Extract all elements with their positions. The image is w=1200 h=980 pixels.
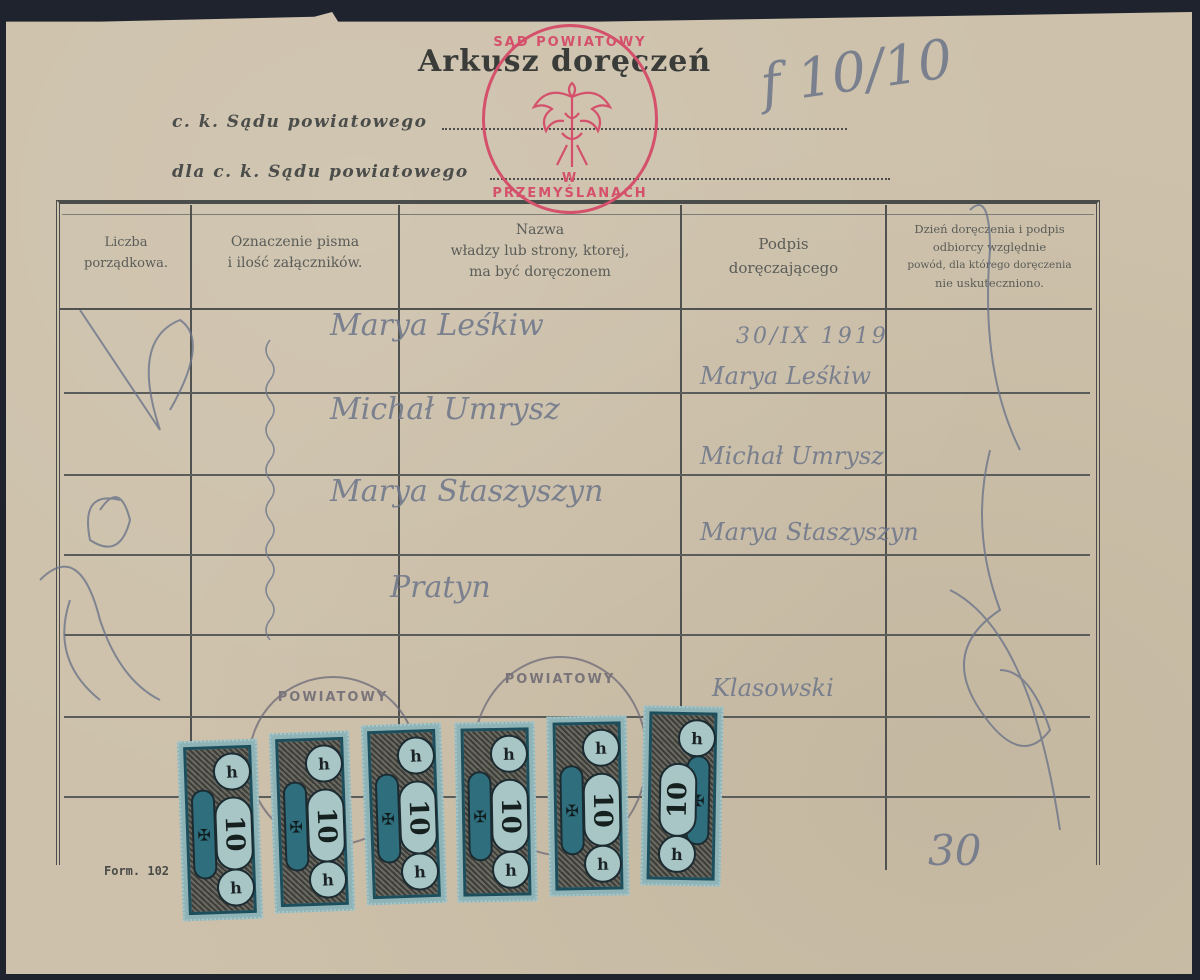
revenue-stamp: h ✠ 10 h bbox=[640, 705, 723, 886]
stamp-value: 10 bbox=[495, 797, 526, 834]
header-recipient-line2: władzy lub strony, ktorej, bbox=[400, 241, 680, 262]
for-court-line-label: dla c. k. Sądu powiatowego bbox=[172, 162, 469, 182]
header-courier-line1: Podpis bbox=[682, 232, 885, 256]
eagle-icon: ✠ bbox=[375, 773, 402, 864]
header-recipient-line1: Nazwa bbox=[400, 220, 680, 241]
handwritten-signature-1: Marya Leśkiw bbox=[700, 362, 871, 390]
eagle-icon: ✠ bbox=[283, 781, 310, 872]
handwritten-signature-4: Klasowski bbox=[712, 674, 834, 702]
header-ordinal-line2: porządkowa. bbox=[64, 253, 188, 274]
form-number: Form. 102 bbox=[104, 864, 169, 878]
stamp-unit: h bbox=[492, 850, 531, 889]
stamp-unit: h bbox=[400, 852, 439, 891]
handwritten-name-3: Marya Staszyszyn bbox=[330, 474, 603, 509]
handwritten-date: 30/IX 1919 bbox=[736, 324, 889, 349]
seal-bottom-text: W PRZEMYŚLANACH bbox=[485, 171, 655, 201]
stamp-value: 10 bbox=[219, 815, 250, 852]
court-seal-stamp: SĄD POWIATOWY W PRZEMYŚLANACH bbox=[482, 24, 658, 214]
vertical-note-scrawl bbox=[250, 330, 290, 690]
revenue-stamp: h ✠ 10 h bbox=[454, 721, 537, 902]
stamp-unit: h bbox=[212, 752, 251, 791]
eagle-icon: ✠ bbox=[559, 765, 585, 855]
header-document-line1: Oznaczenie pisma bbox=[192, 232, 398, 253]
signature-scrawl-left bbox=[30, 300, 230, 720]
header-ordinal-line1: Liczba bbox=[64, 232, 188, 253]
header-ordinal: Liczba porządkowa. bbox=[64, 232, 188, 274]
header-document-mark: Oznaczenie pisma i ilość załączników. bbox=[192, 232, 398, 274]
header-courier-signature: Podpis doręczającego bbox=[682, 232, 885, 280]
cancel-stamp-1-text: POWIATOWY bbox=[250, 690, 416, 705]
handwritten-signature-2: Michał Umrysz bbox=[700, 442, 884, 470]
stamp-value: 10 bbox=[311, 807, 342, 844]
handwritten-signature-3: Marya Staszyszyn bbox=[700, 518, 919, 546]
stamp-value: 10 bbox=[587, 791, 618, 828]
header-recipient-name: Nazwa władzy lub strony, ktorej, ma być … bbox=[400, 220, 680, 283]
stamp-unit: h bbox=[678, 719, 717, 758]
handwritten-name-4: Pratyn bbox=[390, 570, 491, 605]
stamp-unit: h bbox=[490, 734, 529, 773]
handwritten-name-2: Michał Umrysz bbox=[330, 392, 560, 427]
revenue-stamp: h ✠ 10 h bbox=[177, 739, 263, 922]
stamp-unit: h bbox=[304, 744, 343, 783]
court-line-label: c. k. Sądu powiatowego bbox=[172, 112, 427, 132]
stamp-unit: h bbox=[582, 728, 621, 767]
stamp-unit: h bbox=[396, 736, 435, 775]
header-courier-line2: doręczającego bbox=[682, 256, 885, 280]
revenue-stamp: h ✠ 10 h bbox=[546, 715, 629, 896]
stamp-unit: h bbox=[658, 835, 697, 874]
seal-top-text: SĄD POWIATOWY bbox=[485, 35, 655, 50]
stamp-value: 10 bbox=[403, 799, 434, 836]
eagle-emblem-icon bbox=[527, 73, 617, 173]
revenue-stamp: h ✠ 10 h bbox=[269, 731, 355, 914]
stamp-value: 10 bbox=[663, 782, 694, 819]
stamp-unit: h bbox=[584, 844, 623, 883]
eagle-icon: ✠ bbox=[191, 789, 218, 880]
eagle-icon: ✠ bbox=[467, 771, 493, 861]
header-document-line2: i ilość załączników. bbox=[192, 253, 398, 274]
header-recipient-line3: ma być doręczonem bbox=[400, 262, 680, 283]
signature-scrawl-right bbox=[930, 190, 1070, 850]
revenue-stamp: h ✠ 10 h bbox=[361, 723, 447, 906]
stamp-unit: h bbox=[216, 868, 255, 907]
stamp-unit: h bbox=[308, 860, 347, 899]
handwritten-name-1: Marya Leśkiw bbox=[330, 308, 544, 343]
cancel-stamp-2-text: POWIATOWY bbox=[474, 672, 646, 687]
